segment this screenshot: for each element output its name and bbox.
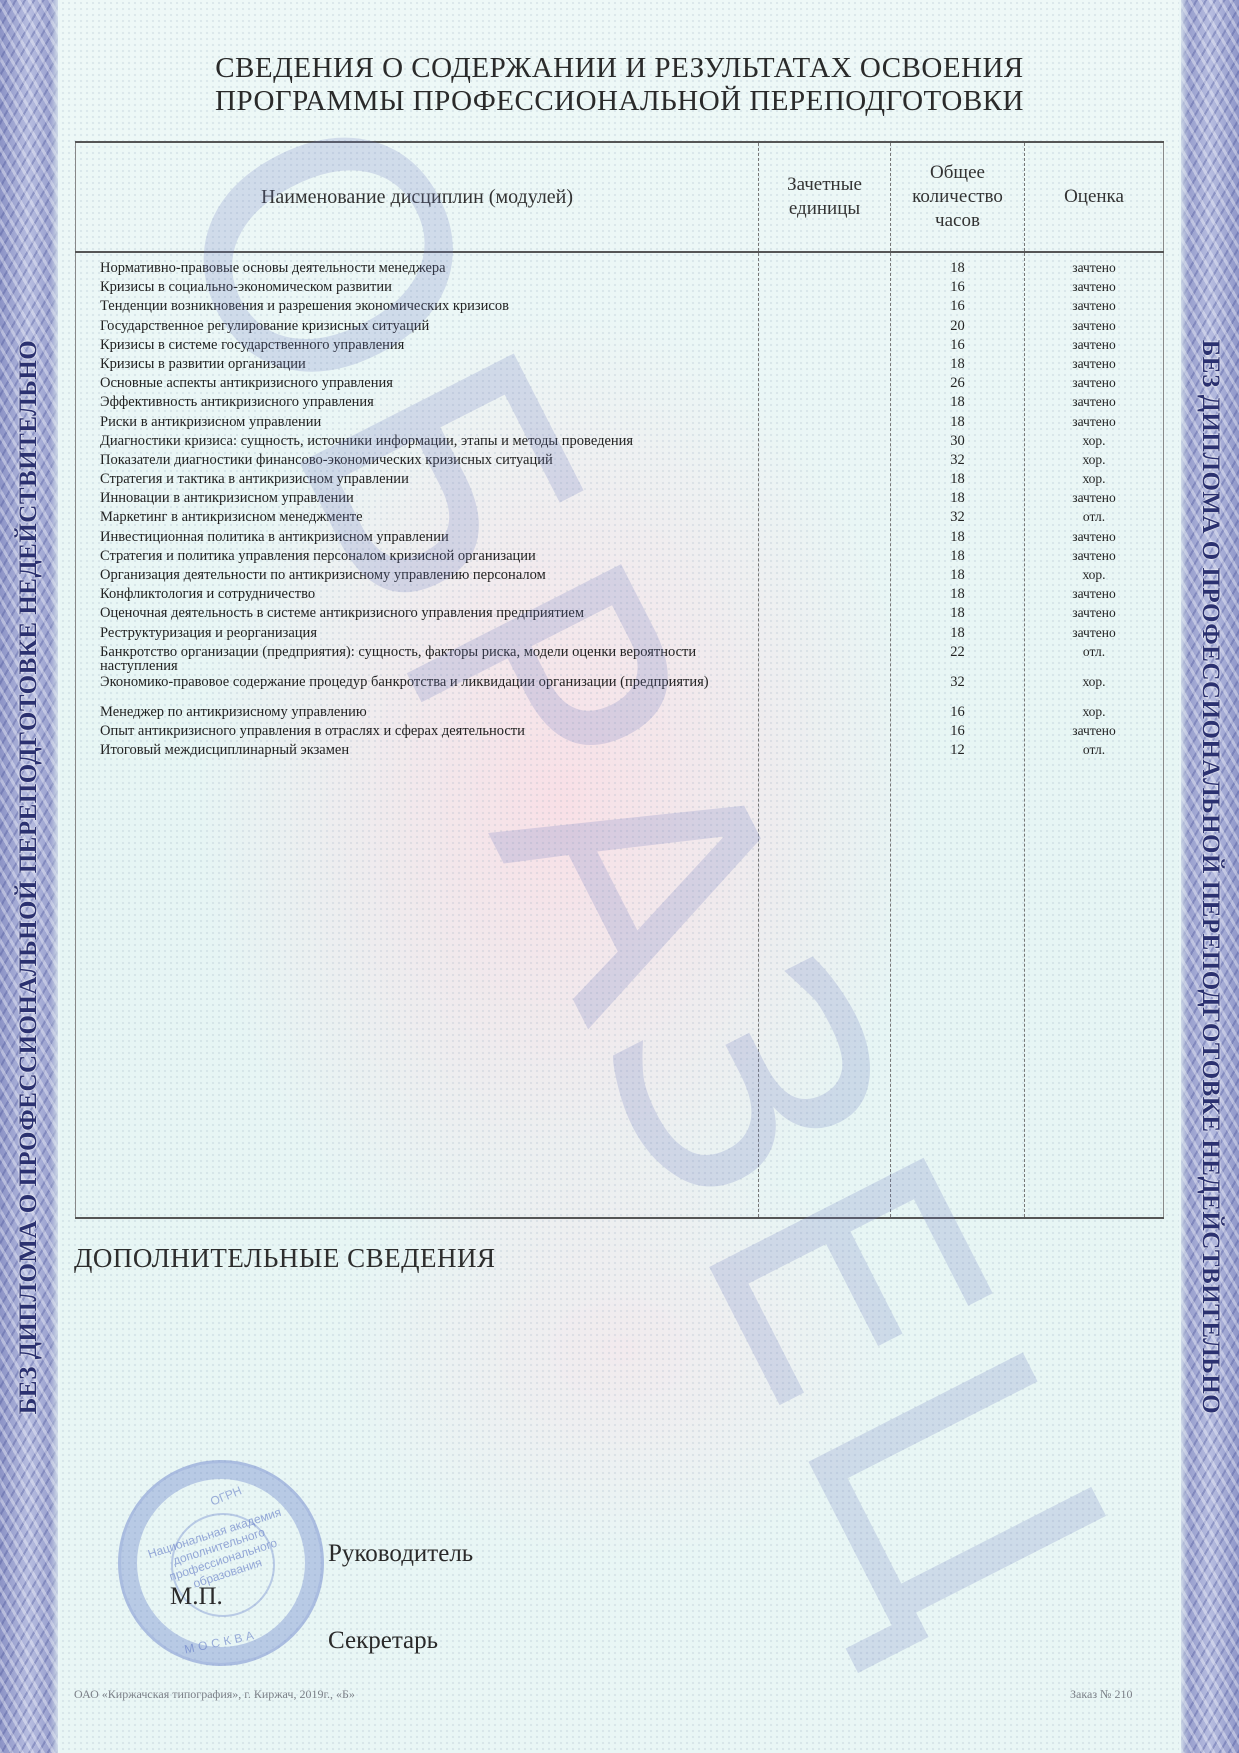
row-hours: 30 xyxy=(891,434,1024,453)
left-security-border: БЕЗ ДИПЛОМА О ПРОФЕССИОНАЛЬНОЙ ПЕРЕПОДГО… xyxy=(0,0,58,1753)
header-grade: Оценка xyxy=(1025,142,1164,252)
row-grade: отл. xyxy=(1025,510,1163,529)
row-hours: 22 xyxy=(891,645,1024,675)
header-credits-line-1: Зачетные xyxy=(765,173,884,197)
row-name: Реструктуризация и реорганизация xyxy=(100,626,754,645)
row-credits xyxy=(759,587,890,606)
row-grade: зачтено xyxy=(1025,376,1163,395)
row-credits xyxy=(759,675,890,705)
row-credits xyxy=(759,645,890,675)
official-seal: ОГРН Национальная академия дополнительно… xyxy=(118,1460,324,1666)
row-credits xyxy=(759,338,890,357)
row-grade: зачтено xyxy=(1025,724,1163,743)
row-name: Кризисы в системе государственного управ… xyxy=(100,338,754,357)
row-name: Основные аспекты антикризисного управлен… xyxy=(100,376,754,395)
row-grade: зачтено xyxy=(1025,587,1163,606)
row-grade: зачтено xyxy=(1025,280,1163,299)
order-number: Заказ № 210 xyxy=(1070,1687,1133,1702)
row-credits xyxy=(759,549,890,568)
printer-imprint: ОАО «Киржачская типография», г. Киржач, … xyxy=(74,1687,355,1702)
row-credits xyxy=(759,395,890,414)
row-credits xyxy=(759,357,890,376)
row-name: Экономико-правовое содержание процедур б… xyxy=(100,675,754,705)
row-grade: зачтено xyxy=(1025,319,1163,338)
row-credits xyxy=(759,453,890,472)
header-hours-line-2: количество xyxy=(897,185,1018,209)
disciplines-table: Наименование дисциплин (модулей) Зачетны… xyxy=(75,141,1164,1219)
seal-city: МОСКВА xyxy=(180,1627,261,1657)
row-grade: зачтено xyxy=(1025,261,1163,280)
row-grade: хор. xyxy=(1025,568,1163,587)
row-hours: 18 xyxy=(891,491,1024,510)
row-credits xyxy=(759,319,890,338)
row-grade: зачтено xyxy=(1025,491,1163,510)
row-credits xyxy=(759,491,890,510)
row-credits xyxy=(759,530,890,549)
table-header-row: Наименование дисциплин (модулей) Зачетны… xyxy=(76,142,1164,252)
row-name: Кризисы в развитии организации xyxy=(100,357,754,376)
row-name: Инвестиционная политика в антикризисном … xyxy=(100,530,754,549)
row-grade: зачтено xyxy=(1025,415,1163,434)
row-grade: зачтено xyxy=(1025,357,1163,376)
row-name: Итоговый междисциплинарный экзамен xyxy=(100,743,754,762)
row-name: Банкротство организации (предприятия): с… xyxy=(100,645,754,675)
title-line-1: СВЕДЕНИЯ О СОДЕРЖАНИИ И РЕЗУЛЬТАТАХ ОСВО… xyxy=(0,52,1239,85)
row-grade: зачтено xyxy=(1025,530,1163,549)
row-hours: 16 xyxy=(891,280,1024,299)
row-grade: зачтено xyxy=(1025,299,1163,318)
header-discipline-name: Наименование дисциплин (модулей) xyxy=(76,142,759,252)
header-hours-line-1: Общее xyxy=(897,161,1018,185)
row-credits xyxy=(759,568,890,587)
row-credits xyxy=(759,626,890,645)
right-border-text: БЕЗ ДИПЛОМА О ПРОФЕССИОНАЛЬНОЙ ПЕРЕПОДГО… xyxy=(1196,339,1224,1413)
row-grade: зачтено xyxy=(1025,549,1163,568)
row-hours: 16 xyxy=(891,724,1024,743)
row-hours: 18 xyxy=(891,395,1024,414)
row-hours: 16 xyxy=(891,705,1024,724)
credits-column xyxy=(759,252,891,1218)
document-title: СВЕДЕНИЯ О СОДЕРЖАНИИ И РЕЗУЛЬТАТАХ ОСВО… xyxy=(0,52,1239,118)
row-name: Показатели диагностики финансово-экономи… xyxy=(100,453,754,472)
row-name: Нормативно-правовые основы деятельности … xyxy=(100,261,754,280)
row-grade: отл. xyxy=(1025,743,1163,762)
row-hours: 12 xyxy=(891,743,1024,762)
row-credits xyxy=(759,376,890,395)
row-hours: 18 xyxy=(891,472,1024,491)
row-hours: 18 xyxy=(891,530,1024,549)
header-hours-line-3: часов xyxy=(897,209,1018,233)
row-hours: 18 xyxy=(891,587,1024,606)
row-grade: хор. xyxy=(1025,705,1163,724)
row-grade: хор. xyxy=(1025,675,1163,705)
row-credits xyxy=(759,705,890,724)
row-name: Опыт антикризисного управления в отрасля… xyxy=(100,724,754,743)
row-hours: 16 xyxy=(891,338,1024,357)
row-name: Организация деятельности по антикризисно… xyxy=(100,568,754,587)
row-hours: 18 xyxy=(891,568,1024,587)
header-hours: Общее количество часов xyxy=(891,142,1025,252)
row-name: Тенденции возникновения и разрешения эко… xyxy=(100,299,754,318)
row-name: Стратегия и политика управления персонал… xyxy=(100,549,754,568)
right-security-border: БЕЗ ДИПЛОМА О ПРОФЕССИОНАЛЬНОЙ ПЕРЕПОДГО… xyxy=(1181,0,1239,1753)
hours-column: 1816162016182618183032181832181818181818… xyxy=(891,252,1025,1218)
row-grade: зачтено xyxy=(1025,626,1163,645)
row-hours: 32 xyxy=(891,675,1024,705)
row-grade: зачтено xyxy=(1025,338,1163,357)
row-credits xyxy=(759,724,890,743)
row-name: Стратегия и тактика в антикризисном упра… xyxy=(100,472,754,491)
row-credits xyxy=(759,299,890,318)
row-credits xyxy=(759,472,890,491)
row-hours: 18 xyxy=(891,606,1024,625)
row-name: Эффективность антикризисного управления xyxy=(100,395,754,414)
row-name: Менеджер по антикризисному управлению xyxy=(100,705,754,724)
additional-info-heading: ДОПОЛНИТЕЛЬНЫЕ СВЕДЕНИЯ xyxy=(74,1243,496,1274)
secretary-signature-label: Секретарь xyxy=(328,1627,438,1655)
row-grade: хор. xyxy=(1025,434,1163,453)
row-credits xyxy=(759,510,890,529)
row-credits xyxy=(759,261,890,280)
row-hours: 18 xyxy=(891,626,1024,645)
row-name: Диагностики кризиса: сущность, источники… xyxy=(100,434,754,453)
row-hours: 32 xyxy=(891,510,1024,529)
row-hours: 18 xyxy=(891,357,1024,376)
row-hours: 18 xyxy=(891,415,1024,434)
row-credits xyxy=(759,743,890,762)
row-grade: зачтено xyxy=(1025,606,1163,625)
row-grade: зачтено xyxy=(1025,395,1163,414)
row-hours: 16 xyxy=(891,299,1024,318)
row-name: Кризисы в социально-экономическом развит… xyxy=(100,280,754,299)
row-hours: 18 xyxy=(891,549,1024,568)
row-grade: отл. xyxy=(1025,645,1163,675)
row-credits xyxy=(759,606,890,625)
seal-place-label: М.П. xyxy=(170,1583,223,1611)
header-credits: Зачетные единицы xyxy=(759,142,891,252)
row-hours: 26 xyxy=(891,376,1024,395)
title-line-2: ПРОГРАММЫ ПРОФЕССИОНАЛЬНОЙ ПЕРЕПОДГОТОВК… xyxy=(0,85,1239,118)
row-grade: хор. xyxy=(1025,453,1163,472)
row-name: Оценочная деятельность в системе антикри… xyxy=(100,606,754,625)
row-hours: 20 xyxy=(891,319,1024,338)
row-credits xyxy=(759,415,890,434)
left-border-text: БЕЗ ДИПЛОМА О ПРОФЕССИОНАЛЬНОЙ ПЕРЕПОДГО… xyxy=(15,339,43,1413)
row-name: Государственное регулирование кризисных … xyxy=(100,319,754,338)
discipline-name-column: Нормативно-правовые основы деятельности … xyxy=(76,252,759,1218)
grade-column: зачтенозачтенозачтенозачтенозачтенозачте… xyxy=(1025,252,1164,1218)
row-name: Конфликтология и сотрудничество xyxy=(100,587,754,606)
head-signature-label: Руководитель xyxy=(328,1540,473,1568)
row-credits xyxy=(759,434,890,453)
row-hours: 32 xyxy=(891,453,1024,472)
row-name: Риски в антикризисном управлении xyxy=(100,415,754,434)
row-credits xyxy=(759,280,890,299)
header-credits-line-2: единицы xyxy=(765,197,884,221)
row-name: Маркетинг в антикризисном менеджменте xyxy=(100,510,754,529)
row-hours: 18 xyxy=(891,261,1024,280)
row-name: Инновации в антикризисном управлении xyxy=(100,491,754,510)
table-body: Нормативно-правовые основы деятельности … xyxy=(76,252,1164,1218)
row-grade: хор. xyxy=(1025,472,1163,491)
